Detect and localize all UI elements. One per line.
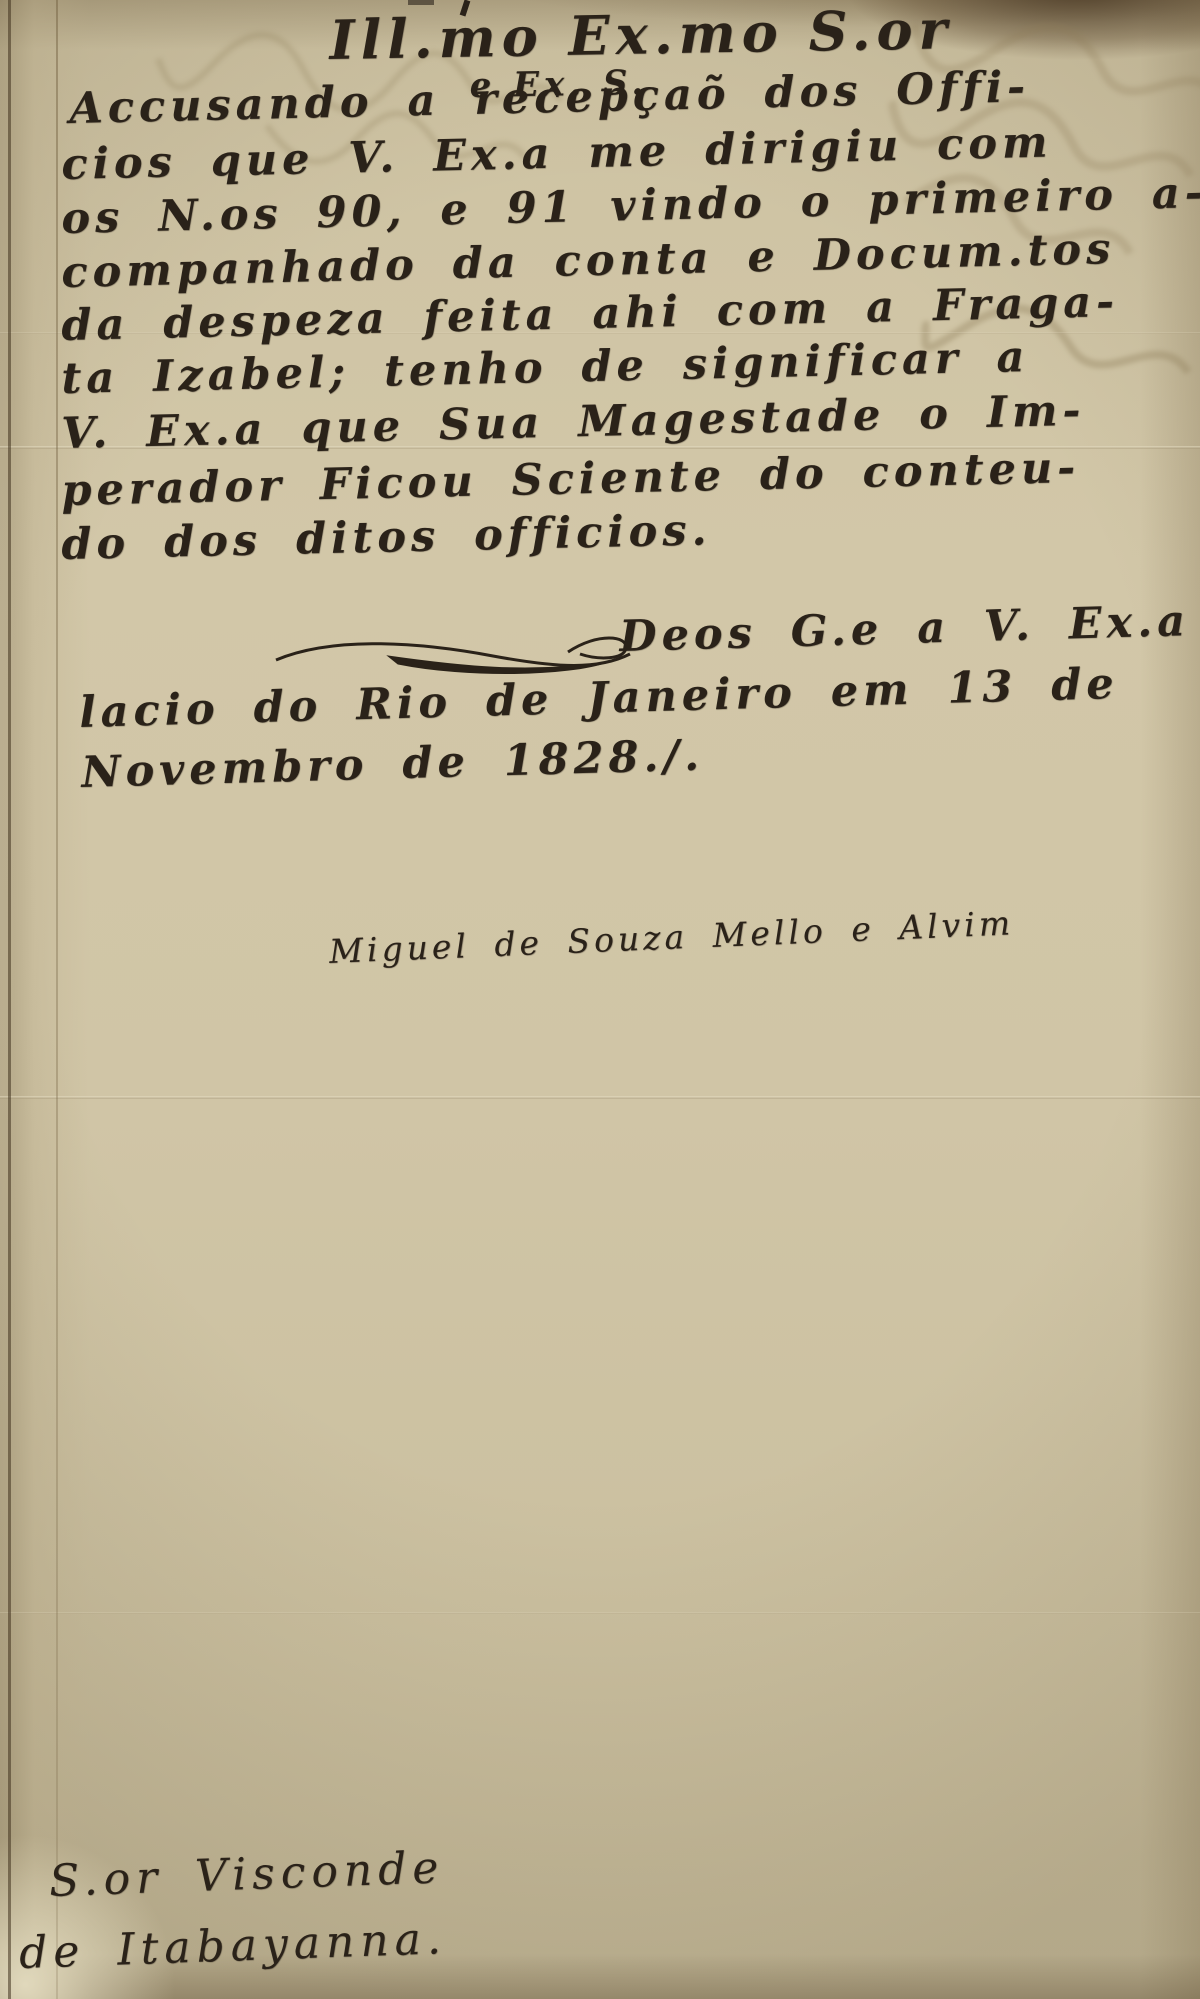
closing-line: Novembro de 1828./.	[81, 731, 705, 798]
paper-fold-line	[0, 1096, 1200, 1099]
closing-line: Deos G.e a V. Ex.a Pa-	[619, 593, 1200, 662]
closing-line: lacio do Rio de Janeiro em 13 de	[79, 659, 1120, 738]
salutation-line-1: Ill.mo Ex.mo S.or	[329, 0, 954, 72]
addressee-line: S.or Visconde	[48, 1842, 445, 1907]
paper-crease	[0, 1612, 1200, 1614]
manuscript-page: Ill.mo Ex.mo S.or e Ex. S. Accusando a r…	[0, 0, 1200, 1999]
addressee-line: de Itabayanna.	[18, 1913, 447, 1979]
body-line: do dos ditos officios.	[61, 505, 712, 570]
binding-edge-line	[8, 0, 11, 1999]
vertical-fold-line	[56, 0, 58, 1999]
ink-mark-top	[408, 0, 434, 5]
signature: Miguel de Souza Mello e Alvim	[328, 903, 1014, 971]
